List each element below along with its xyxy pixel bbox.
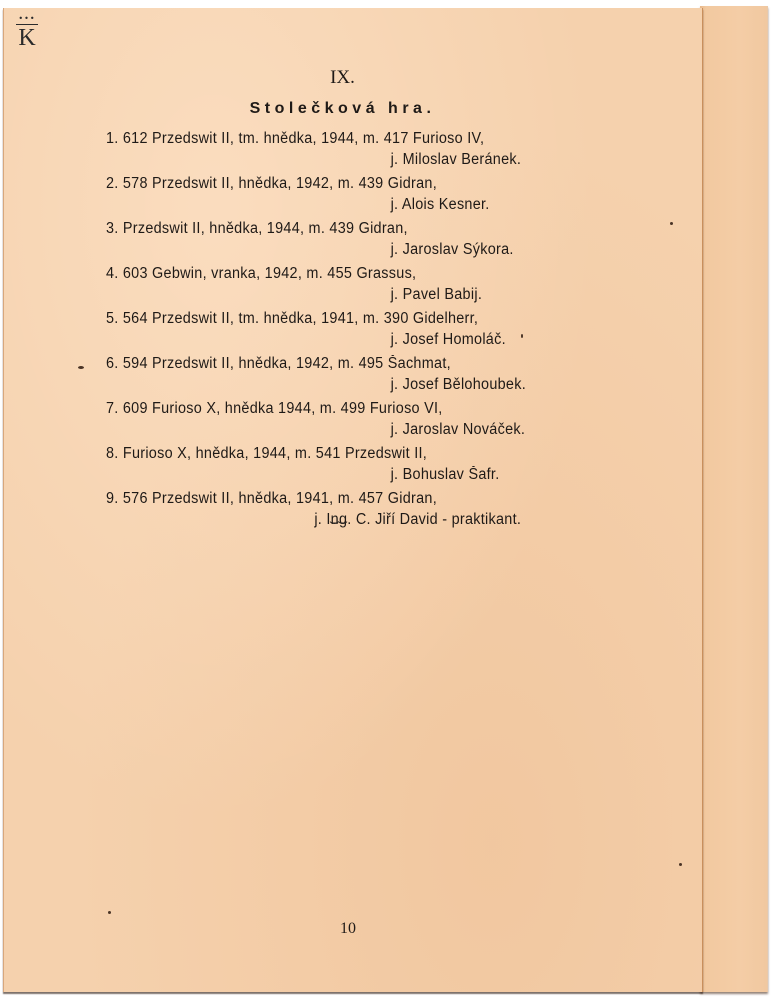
entry-horse-line: 2. 578 Przedswit II, hnědka, 1942, m. 43… [106, 173, 590, 194]
entry-horse-line: 9. 576 Przedswit II, hnědka, 1941, m. 45… [106, 488, 590, 509]
list-item: 1. 612 Przedswit II, tm. hnědka, 1944, m… [106, 128, 626, 170]
entry-rider-line: j. Alois Kesner. [106, 194, 590, 215]
paper-speck [670, 222, 673, 225]
entry-rider-line: j. Josef Bělohoubek. [106, 374, 590, 395]
entry-rider-line: j. Bohuslav Šafr. [106, 464, 590, 485]
page-number: 10 [340, 920, 356, 938]
entry-rider-line: j. Miloslav Beránek. [106, 149, 590, 170]
entry-horse-line: 3. Przedswit II, hnědka, 1944, m. 439 Gi… [106, 218, 590, 239]
entry-horse-line: 8. Furioso X, hnědka, 1944, m. 541 Przed… [106, 443, 590, 464]
entry-rider-line: j. Pavel Babij. [106, 284, 590, 305]
section-end-ornament-icon: ⌣⌣ [329, 511, 346, 531]
list-item: 2. 578 Przedswit II, hnědka, 1942, m. 43… [106, 173, 626, 215]
logo-letter-icon: K [14, 26, 40, 50]
entry-rider-line: j. Josef Homoláč. [106, 329, 590, 350]
list-item: 5. 564 Przedswit II, tm. hnědka, 1941, m… [106, 308, 626, 350]
back-page-edge [700, 6, 768, 992]
document-page: ••• K IX. Stolečková hra. 1. 612 Przedsw… [3, 8, 703, 992]
entry-horse-line: 1. 612 Przedswit II, tm. hnědka, 1944, m… [106, 128, 590, 149]
paper-speck [108, 911, 111, 914]
list-item: 9. 576 Przedswit II, hnědka, 1941, m. 45… [106, 488, 626, 530]
section-title: Stolečková hra. [4, 100, 681, 118]
entry-rider-line: j. Ing. C. Jiří David - praktikant. [106, 509, 590, 530]
publisher-logo: ••• K [14, 16, 40, 56]
list-item: 8. Furioso X, hnědka, 1944, m. 541 Przed… [106, 443, 626, 485]
entry-horse-line: 6. 594 Przedswit II, hnědka, 1942, m. 49… [106, 353, 590, 374]
entry-horse-line: 4. 603 Gebwin, vranka, 1942, m. 455 Gras… [106, 263, 590, 284]
list-item: 4. 603 Gebwin, vranka, 1942, m. 455 Gras… [106, 263, 626, 305]
list-item: 6. 594 Przedswit II, hnědka, 1942, m. 49… [106, 353, 626, 395]
list-item: 3. Przedswit II, hnědka, 1944, m. 439 Gi… [106, 218, 626, 260]
entry-rider-line: j. Jaroslav Nováček. [106, 419, 590, 440]
entry-horse-line: 5. 564 Przedswit II, tm. hnědka, 1941, m… [106, 308, 590, 329]
chapter-number: IX. [4, 67, 681, 89]
entry-rider-line: j. Jaroslav Sýkora. [106, 239, 590, 260]
paper-speck [679, 863, 682, 866]
entry-list: 1. 612 Przedswit II, tm. hnědka, 1944, m… [106, 128, 626, 533]
list-item: 7. 609 Furioso X, hnědka 1944, m. 499 Fu… [106, 398, 626, 440]
logo-dots-icon: ••• [14, 16, 40, 22]
paper-speck [78, 366, 84, 369]
entry-horse-line: 7. 609 Furioso X, hnědka 1944, m. 499 Fu… [106, 398, 590, 419]
